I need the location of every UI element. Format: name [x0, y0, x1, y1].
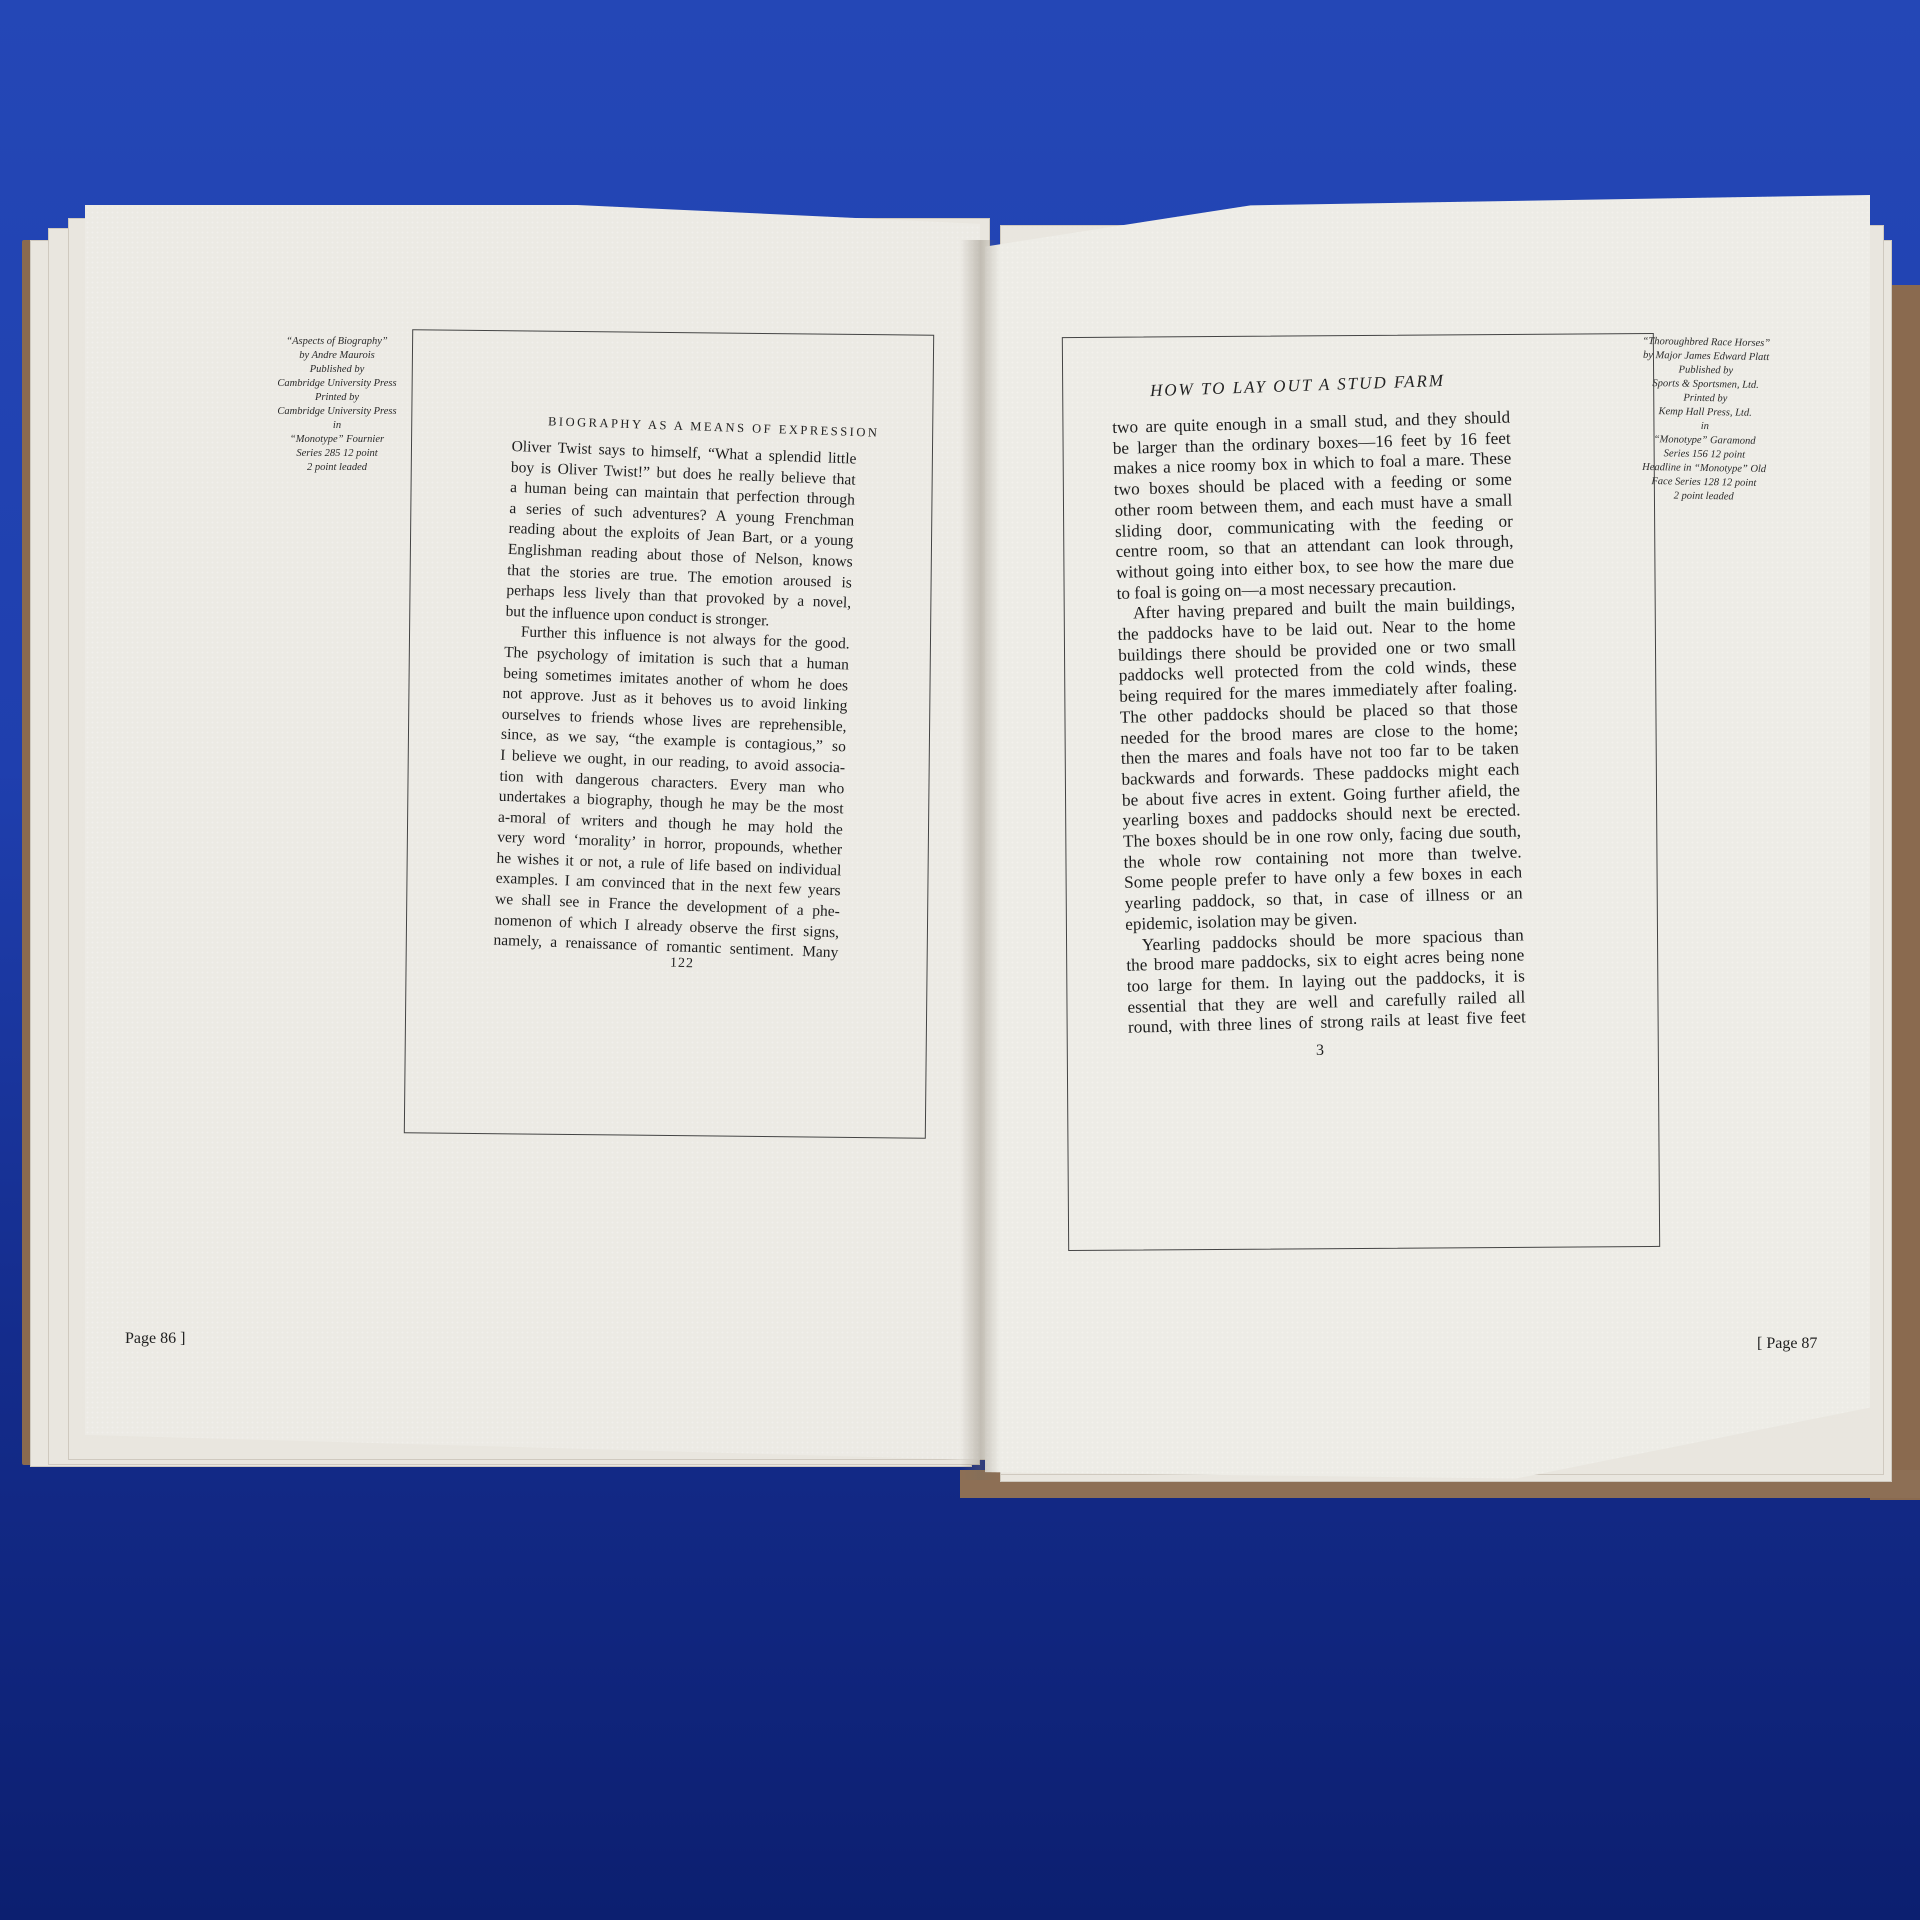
credit-line: Series 285 12 point	[262, 447, 412, 461]
credit-line: Printed by	[262, 391, 412, 405]
book-gutter	[960, 240, 1000, 1480]
specimen-credit-right: “Thoroughbred Race Horses” by Major Jame…	[1634, 335, 1777, 505]
credit-line: Cambridge University Press	[262, 405, 412, 419]
credit-line: Published by	[262, 363, 412, 377]
credit-line: 2 point leaded	[262, 461, 412, 475]
credit-line: Cambridge University Press	[262, 377, 412, 391]
page-label-left: Page 86 ]	[125, 1330, 185, 1348]
folio-right: 3	[1316, 1042, 1325, 1060]
body-text-left: Oliver Twist says to himself, “What a sp…	[493, 437, 857, 964]
credit-line: 2 point leaded	[1634, 489, 1774, 505]
body-text-right: two are quite enough in a small stud, an…	[1112, 408, 1526, 1039]
credit-line: Face Series 128 12 point	[1634, 475, 1774, 491]
page-label-right: [ Page 87	[1757, 1335, 1817, 1353]
credit-line: “Aspects of Biography”	[262, 335, 412, 349]
credit-line: Sports & Sportsmen, Ltd.	[1635, 377, 1775, 393]
credit-line: by Andre Maurois	[262, 349, 412, 363]
credit-line: “Monotype” Garamond	[1635, 433, 1775, 449]
credit-line: by Major James Edward Platt	[1636, 349, 1776, 365]
credit-line: in	[262, 419, 412, 433]
specimen-credit-left: “Aspects of Biography” by Andre Maurois …	[262, 335, 412, 475]
folio-left: 122	[670, 956, 694, 973]
credit-line: “Monotype” Fournier	[262, 433, 412, 447]
